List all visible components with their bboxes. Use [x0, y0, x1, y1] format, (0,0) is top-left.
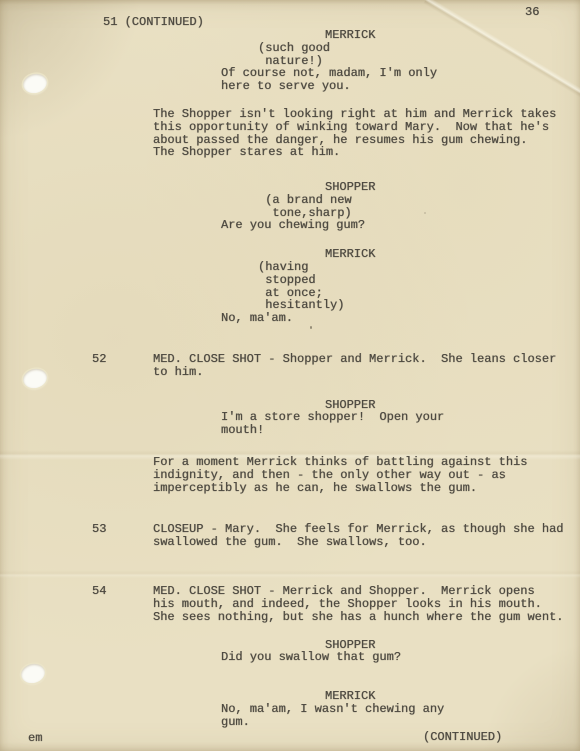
script-line: MED. CLOSE SHOT - Shopper and Merrick. S…: [153, 353, 556, 366]
script-line: The Shopper isn't looking right at him a…: [153, 108, 556, 121]
scene-number: 54: [92, 585, 106, 598]
ink-speck: [310, 326, 312, 329]
dialogue-block: I'm a store shopper! Open yourmouth!: [221, 411, 444, 437]
script-line: Did you swallow that gum?: [221, 651, 401, 664]
script-line: imperceptibly as he can, he swallows the…: [153, 482, 527, 495]
script-line: stopped: [258, 274, 344, 287]
paren-block: (a brand new tone,sharp): [258, 194, 352, 220]
script-line: (such good: [258, 42, 330, 55]
script-line: MED. CLOSE SHOT - Merrick and Shopper. M…: [153, 585, 563, 598]
script-line: swallowed the gum. She swallows, too.: [153, 536, 563, 549]
script-body: MERRICK(such good nature!)Of course not,…: [0, 0, 580, 751]
script-line: here to serve you.: [221, 80, 437, 93]
script-line: gum.: [221, 716, 444, 729]
script-line: his mouth, and indeed, the Shopper looks…: [153, 598, 563, 611]
dialogue-block: Did you swallow that gum?: [221, 651, 401, 664]
typist-initials: em: [28, 732, 42, 745]
scene-block: 54MED. CLOSE SHOT - Merrick and Shopper.…: [153, 585, 563, 623]
ink-speck: [500, 477, 503, 479]
scene-number: 52: [92, 353, 106, 366]
script-line: to him.: [153, 366, 556, 379]
script-line: No, ma'am.: [221, 312, 293, 325]
script-line: Of course not, madam, I'm only: [221, 67, 437, 80]
ink-speck: [424, 212, 426, 214]
action-block: The Shopper isn't looking right at him a…: [153, 108, 556, 159]
paren-block: (such good nature!): [258, 42, 330, 68]
character-block: MERRICK: [325, 29, 375, 42]
script-line: (having: [258, 261, 344, 274]
script-line: MERRICK: [325, 690, 375, 703]
character-block: MERRICK: [325, 690, 375, 703]
script-line: She sees nothing, but she has a hunch wh…: [153, 611, 563, 624]
script-line: Are you chewing gum?: [221, 219, 365, 232]
script-line: SHOPPER: [325, 181, 375, 194]
dialogue-block: Are you chewing gum?: [221, 219, 365, 232]
script-line: MERRICK: [325, 29, 375, 42]
dialogue-block: No, ma'am, I wasn't chewing anygum.: [221, 703, 444, 729]
script-line: MERRICK: [325, 248, 375, 261]
script-line: (a brand new: [258, 194, 352, 207]
script-line: No, ma'am, I wasn't chewing any: [221, 703, 444, 716]
action-block: For a moment Merrick thinks of battling …: [153, 456, 527, 494]
dialogue-block: Of course not, madam, I'm onlyhere to se…: [221, 67, 437, 93]
character-block: SHOPPER: [325, 181, 375, 194]
script-line: I'm a store shopper! Open your: [221, 411, 444, 424]
scene-block: 53CLOSEUP - Mary. She feels for Merrick,…: [153, 523, 563, 549]
paren-block: (having stopped at once; hesitantly): [258, 261, 344, 312]
script-line: For a moment Merrick thinks of battling …: [153, 456, 527, 469]
script-line: this opportunity of winking toward Mary.…: [153, 121, 556, 134]
dialogue-block: No, ma'am.: [221, 312, 293, 325]
character-block: MERRICK: [325, 248, 375, 261]
script-line: mouth!: [221, 424, 444, 437]
script-page: 36 51 (CONTINUED) MERRICK(such good natu…: [0, 0, 580, 751]
script-line: indignity, and then - the only other way…: [153, 469, 527, 482]
scene-number: 53: [92, 523, 106, 536]
script-line: The Shopper stares at him.: [153, 146, 556, 159]
script-line: CLOSEUP - Mary. She feels for Merrick, a…: [153, 523, 563, 536]
scene-block: 52MED. CLOSE SHOT - Shopper and Merrick.…: [153, 353, 556, 379]
continued-footer: (CONTINUED): [423, 731, 502, 744]
